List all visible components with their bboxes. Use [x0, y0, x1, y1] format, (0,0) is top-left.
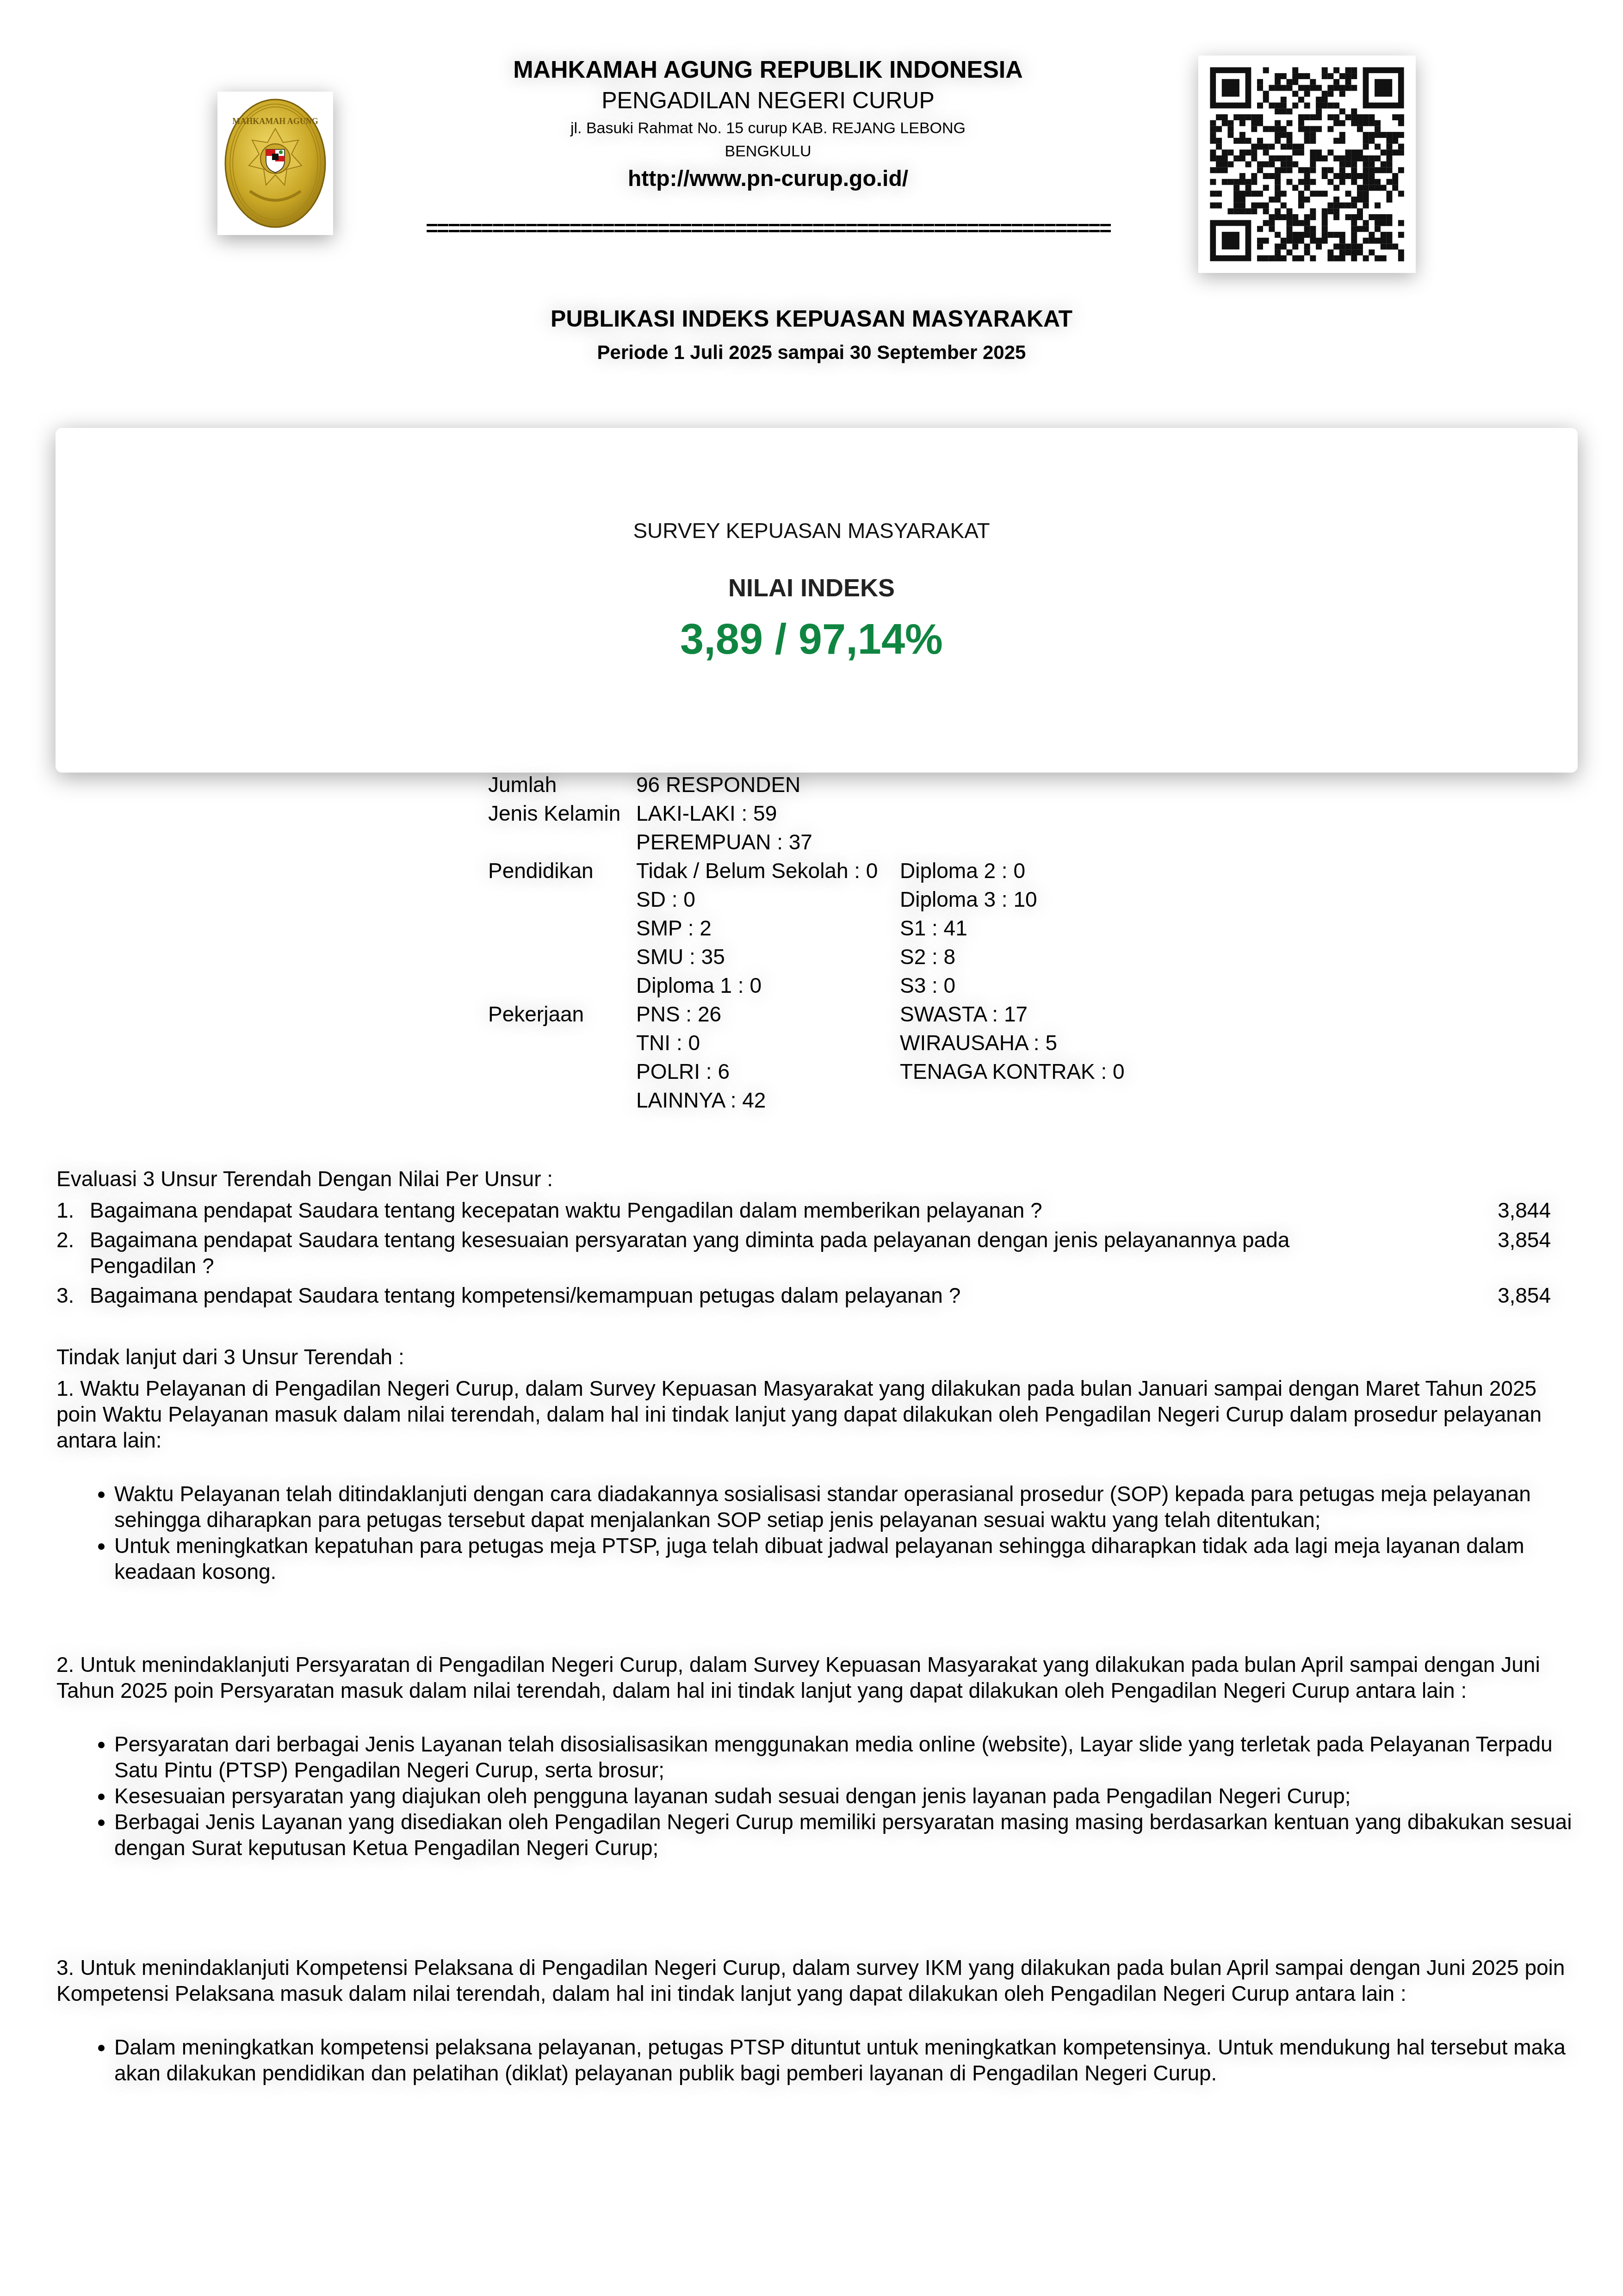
- education-item: Diploma 1 : 0: [636, 971, 900, 1000]
- follow-up-bullet: Untuk meningkatkan kepatuhan para petuga…: [114, 1533, 1579, 1584]
- follow-up-bullet: Dalam meningkatkan kompetensi pelaksana …: [114, 2034, 1579, 2086]
- gender-female: PEREMPUAN : 37: [636, 828, 900, 856]
- header-separator: ========================================…: [361, 217, 1175, 239]
- svg-text:MAHKAMAH AGUNG: MAHKAMAH AGUNG: [232, 117, 318, 126]
- education-item: SD : 0: [636, 885, 900, 914]
- follow-up-list: Waktu Pelayanan telah ditindaklanjuti de…: [56, 1481, 1579, 1584]
- evaluation-score: 3,854: [1455, 1227, 1551, 1279]
- follow-up-bullet: Waktu Pelayanan telah ditindaklanjuti de…: [114, 1481, 1579, 1533]
- follow-up-intro: 1. Waktu Pelayanan di Pengadilan Negeri …: [56, 1375, 1579, 1453]
- education-label: Pendidikan: [488, 856, 636, 885]
- job-item: TNI : 0: [636, 1028, 900, 1057]
- gender-label: Jenis Kelamin: [488, 799, 636, 828]
- evaluation-score: 3,854: [1455, 1282, 1551, 1308]
- evaluation-question: Bagaimana pendapat Saudara tentang keses…: [90, 1227, 1455, 1279]
- survey-label: SURVEY KEPUASAN MASYARAKAT: [0, 518, 1623, 543]
- court-logo: MAHKAMAH AGUNG: [217, 92, 333, 235]
- follow-up-list: Dalam meningkatkan kompetensi pelaksana …: [56, 2034, 1579, 2086]
- index-value: 3,89 / 97,14%: [0, 615, 1623, 664]
- evaluation-number: 3.: [56, 1282, 90, 1308]
- education-item: Diploma 3 : 10: [900, 885, 1125, 914]
- follow-up-intro: 2. Untuk menindaklanjuti Persyaratan di …: [56, 1652, 1579, 1703]
- gender-male: LAKI-LAKI : 59: [636, 799, 900, 828]
- evaluation-section: Evaluasi 3 Unsur Terendah Dengan Nilai P…: [56, 1166, 1551, 1312]
- job-item: WIRAUSAHA : 5: [900, 1028, 1125, 1057]
- follow-up-bullet: Kesesuaian persyaratan yang diajukan ole…: [114, 1783, 1579, 1809]
- evaluation-number: 1.: [56, 1197, 90, 1223]
- education-item: S2 : 8: [900, 942, 1125, 971]
- court-website-link[interactable]: http://www.pn-curup.go.id/: [361, 163, 1175, 195]
- follow-up-section-1: Tindak lanjut dari 3 Unsur Terendah : 1.…: [56, 1344, 1579, 1584]
- follow-up-list: Persyaratan dari berbagai Jenis Layanan …: [56, 1731, 1579, 1861]
- mahkamah-agung-emblem-icon: MAHKAMAH AGUNG: [222, 96, 328, 230]
- job-item: PNS : 26: [636, 1000, 900, 1028]
- organization-name: MAHKAMAH AGUNG REPUBLIK INDONESIA: [361, 56, 1175, 84]
- education-item: S3 : 0: [900, 971, 1125, 1000]
- evaluation-number: 2.: [56, 1227, 90, 1279]
- follow-up-heading: Tindak lanjut dari 3 Unsur Terendah :: [56, 1344, 1579, 1370]
- job-item: SWASTA : 17: [900, 1000, 1125, 1028]
- job-item: POLRI : 6: [636, 1057, 900, 1086]
- follow-up-bullet: Berbagai Jenis Layanan yang disediakan o…: [114, 1809, 1579, 1861]
- evaluation-item: 2. Bagaimana pendapat Saudara tentang ke…: [56, 1227, 1551, 1279]
- evaluation-heading: Evaluasi 3 Unsur Terendah Dengan Nilai P…: [56, 1166, 1551, 1192]
- qr-code-icon: [1198, 56, 1416, 273]
- education-item: S1 : 41: [900, 914, 1125, 942]
- education-item: Diploma 2 : 0: [900, 856, 1125, 885]
- letterhead: MAHKAMAH AGUNG REPUBLIK INDONESIA PENGAD…: [361, 56, 1175, 195]
- qr-code: [1198, 56, 1416, 273]
- respondent-demographics: Jumlah 96 RESPONDEN Jenis Kelamin LAKI-L…: [488, 770, 1125, 1114]
- publication-title: PUBLIKASI INDEKS KEPUASAN MASYARAKAT: [0, 305, 1623, 332]
- job-item: LAINNYA : 42: [636, 1086, 900, 1114]
- follow-up-section-2: 2. Untuk menindaklanjuti Persyaratan di …: [56, 1652, 1579, 1861]
- job-label: Pekerjaan: [488, 1000, 636, 1028]
- education-item: SMP : 2: [636, 914, 900, 942]
- job-item: TENAGA KONTRAK : 0: [900, 1057, 1125, 1086]
- evaluation-question: Bagaimana pendapat Saudara tentang kecep…: [90, 1197, 1455, 1223]
- publication-period: Periode 1 Juli 2025 sampai 30 September …: [0, 341, 1623, 364]
- jumlah-label: Jumlah: [488, 770, 636, 799]
- evaluation-score: 3,844: [1455, 1197, 1551, 1223]
- evaluation-item: 1. Bagaimana pendapat Saudara tentang ke…: [56, 1197, 1551, 1223]
- jumlah-value: 96 RESPONDEN: [636, 770, 900, 799]
- follow-up-section-3: 3. Untuk menindaklanjuti Kompetensi Pela…: [56, 1955, 1579, 2086]
- follow-up-bullet: Persyaratan dari berbagai Jenis Layanan …: [114, 1731, 1579, 1783]
- court-address: jl. Basuki Rahmat No. 15 curup KAB. REJA…: [361, 117, 1175, 140]
- court-name: PENGADILAN NEGERI CURUP: [361, 84, 1175, 117]
- education-item: SMU : 35: [636, 942, 900, 971]
- follow-up-intro: 3. Untuk menindaklanjuti Kompetensi Pela…: [56, 1955, 1579, 2006]
- nilai-indeks-label: NILAI INDEKS: [0, 574, 1623, 602]
- court-province: BENGKULU: [361, 140, 1175, 163]
- education-item: Tidak / Belum Sekolah : 0: [636, 856, 900, 885]
- evaluation-item: 3. Bagaimana pendapat Saudara tentang ko…: [56, 1282, 1551, 1308]
- evaluation-question: Bagaimana pendapat Saudara tentang kompe…: [90, 1282, 1455, 1308]
- demographics-table: Jumlah 96 RESPONDEN Jenis Kelamin LAKI-L…: [488, 770, 1125, 1114]
